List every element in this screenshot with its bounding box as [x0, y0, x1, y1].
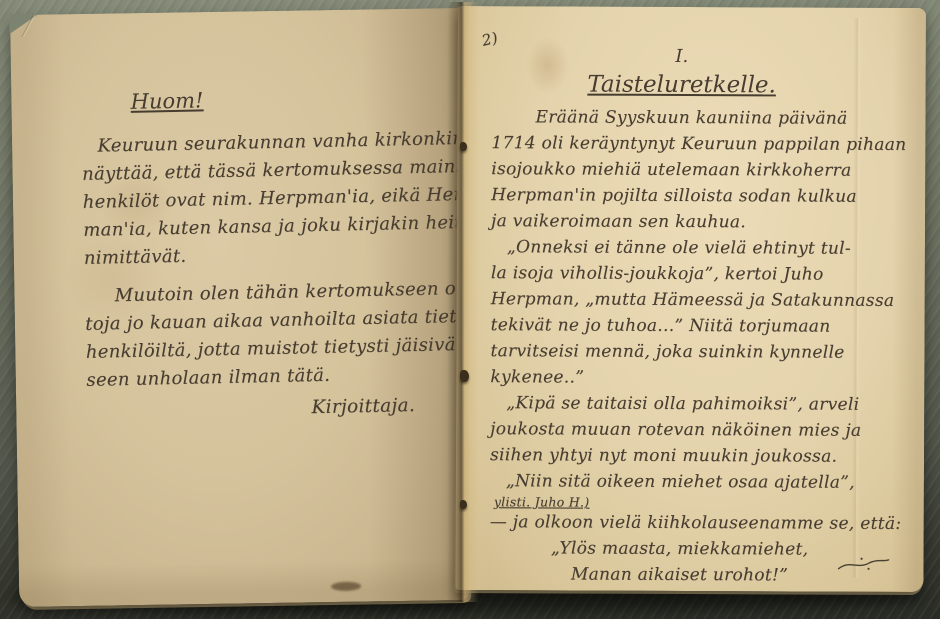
left-page: Huom! Keuruun seurakunnan vanha kirkonki… [10, 8, 469, 607]
handwritten-line: isojoukko miehiä utelemaan kirkkoherra [491, 156, 893, 184]
right-page-text: I. Taisteluretkelle. Eräänä Syyskuun kau… [489, 44, 893, 589]
paper-stain [331, 582, 361, 591]
inserted-annotation: ylisti. Juho H.) [494, 494, 892, 511]
handwritten-line: tekivät ne jo tuhoa...” Niitä torjumaan [491, 312, 893, 340]
handwritten-line: tarvitseisi mennä, joka suinkin kynnelle [490, 338, 892, 366]
handwritten-line: — ja olkoon vielä kiihkolauseenamme se, … [490, 509, 892, 537]
verse-line: Manan aikaiset urohot!” [499, 561, 859, 589]
right-page: 2) I. Taisteluretkelle. Eräänä Syyskuun … [455, 6, 926, 592]
note-heading: Huom! [130, 86, 203, 116]
handwritten-line: ja vaikeroimaan sen kauhua. [491, 208, 893, 236]
handwritten-line: „Onneksi ei tänne ole vielä ehtinyt tul- [491, 234, 893, 262]
handwritten-line: kykenee..” [490, 364, 892, 392]
handwritten-line: joukosta muuan rotevan näköinen mies ja [490, 416, 892, 444]
manuscript-photo: Huom! Keuruun seurakunnan vanha kirkonki… [0, 0, 940, 619]
verse-line: „Ylös maasta, miekkamiehet, [500, 535, 860, 563]
handwritten-line: Herpman, „mutta Hämeessä ja Satakunnassa [491, 286, 893, 314]
flourish-mark [836, 556, 892, 574]
left-page-text: Huom! Keuruun seurakunnan vanha kirkonki… [80, 81, 459, 427]
author-signature: Kirjoittaja. [87, 391, 460, 427]
handwritten-line: „Kipä se taitaisi olla pahimoiksi”, arve… [490, 390, 892, 418]
handwritten-line: 1714 oli keräyntynyt Keuruun pappilan pi… [491, 130, 893, 158]
chapter-title: Taisteluretkelle. [492, 68, 872, 102]
handwritten-line: siihen yhtyi nyt moni muukin joukossa. [490, 442, 892, 470]
handwritten-line: „Niin sitä oikeen miehet osaa ajatella”, [490, 468, 892, 496]
handwritten-line: Herpman'in pojilta silloista sodan kulku… [491, 182, 893, 210]
dog-ear-crease [10, 15, 46, 38]
chapter-numeral: I. [492, 44, 872, 70]
handwritten-line: Eräänä Syyskuun kauniina päivänä [491, 104, 893, 132]
handwritten-line: la isoja vihollis-joukkoja”, kertoi Juho [491, 260, 893, 288]
